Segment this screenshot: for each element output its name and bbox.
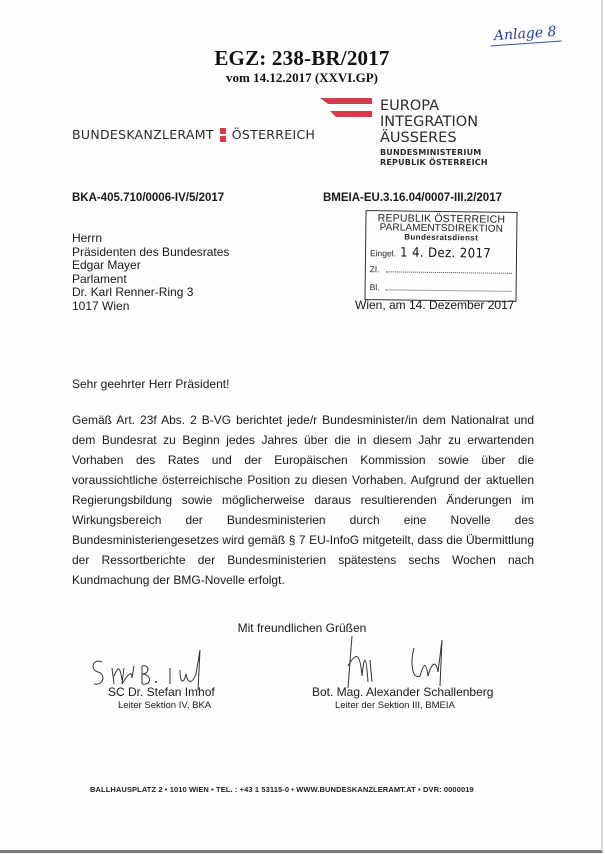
address-line: Parlament <box>72 273 229 287</box>
stamp-bl-label: Bl. <box>370 282 386 292</box>
recipient-address: Herrn Präsidenten des Bundesrates Edgar … <box>72 232 229 314</box>
footer-contact: BALLHAUSPLATZ 2 • 1010 WIEN • TEL. : +43… <box>90 785 474 794</box>
bka-logo-right-text: ÖSTERREICH <box>232 127 315 142</box>
address-line: 1017 Wien <box>72 300 229 314</box>
bmeia-logo: EUROPA INTEGRATION ÄUSSERES BUNDESMINIST… <box>380 98 488 168</box>
document-page: EGZ: 238-BR/2017 vom 14.12.2017 (XXVI.GP… <box>0 0 603 853</box>
stamp-bl-field <box>386 281 512 292</box>
address-line: Herrn <box>72 232 229 246</box>
bmeia-line-europa: EUROPA <box>380 98 488 114</box>
received-stamp: REPUBLIK ÖSTERREICH PARLAMENTSDIREKTION … <box>364 210 517 302</box>
letter-body: Gemäß Art. 23f Abs. 2 B-VG berichtet jed… <box>72 410 534 590</box>
bmeia-reference: BMEIA-EU.3.16.04/0007-III.2/2017 <box>323 192 502 204</box>
bmeia-flag-icon <box>320 98 372 124</box>
handwritten-annotation: Anlage 8 <box>489 24 561 47</box>
bka-logo: BUNDESKANZLERAMT ÖSTERREICH <box>72 127 315 142</box>
address-line: Präsidenten des Bundesrates <box>72 246 229 260</box>
salutation: Sehr geehrter Herr Präsident! <box>72 377 229 391</box>
signatory-name: SC Dr. Stefan Imhof <box>108 685 215 699</box>
address-line: Dr. Karl Renner-Ring 3 <box>72 286 229 300</box>
bmeia-line-integration: INTEGRATION <box>380 114 488 130</box>
stamp-received-label: Eingel. <box>370 248 400 258</box>
signature-schallenberg-icon <box>330 632 470 692</box>
signatory-name: Bot. Mag. Alexander Schallenberg <box>312 685 493 699</box>
stamp-zl-label: Zl. <box>370 264 386 274</box>
bka-logo-left-text: BUNDESKANZLERAMT <box>72 127 214 142</box>
address-line: Edgar Mayer <box>72 259 229 273</box>
signatory-role: Leiter der Sektion III, BMEIA <box>335 700 455 711</box>
bmeia-line-ministry: BUNDESMINISTERIUM <box>380 148 488 158</box>
bmeia-line-aeusseres: ÄUSSERES <box>380 130 488 146</box>
bmeia-line-republic: REPUBLIK ÖSTERREICH <box>380 158 488 168</box>
signatory-role: Leiter Sektion IV, BKA <box>118 700 211 711</box>
egz-number: EGZ: 238-BR/2017 <box>0 46 604 71</box>
stamp-received-date: 1 4. Dez. 2017 <box>400 245 491 261</box>
bka-reference: BKA-405.710/0006-IV/5/2017 <box>72 192 224 204</box>
place-date: Wien, am 14. Dezember 2017 <box>355 298 514 312</box>
egz-date: vom 14.12.2017 (XXVI.GP) <box>0 70 604 86</box>
austria-flag-icon <box>220 128 226 142</box>
closing: Mit freundlichen Grüßen <box>0 621 604 635</box>
stamp-zl-field <box>386 263 512 274</box>
